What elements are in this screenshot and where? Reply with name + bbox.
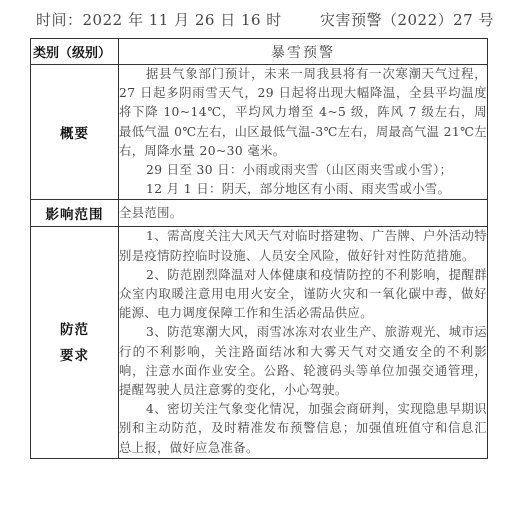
warning-table: 类别（级别） 暴雪预警 概要 据县气象部门预计，未来一周我县将有一次寒潮天气过程… <box>30 38 488 459</box>
summary-content: 据县气象部门预计，未来一周我县将有一次寒潮天气过程，27 日起多阴雨雪天气，29… <box>119 65 488 200</box>
summary-paragraph: 据县气象部门预计，未来一周我县将有一次寒潮天气过程，27 日起多阴雨雪天气，29… <box>119 65 487 161</box>
summary-paragraph: 29 日至 30 日：小雨或雨夹雪（山区雨夹雪或小雪）； <box>119 161 487 180</box>
requirements-content: 1、需高度关注大风天气对临时搭建物、广告牌、户外活动特别是疫情防控临时设施、人员… <box>119 227 488 458</box>
issue-time: 时间：2022 年 11 月 26 日 16 时 <box>36 9 282 30</box>
summary-label: 概要 <box>31 65 119 200</box>
requirement-item: 1、需高度关注大风天气对临时搭建物、广告牌、户外活动特别是疫情防控临时设施、人员… <box>119 227 487 265</box>
scope-value: 全县范围。 <box>119 200 488 227</box>
requirement-item: 4、密切关注气象变化情况，加强会商研判，实现隐患早期识别和主动防范，及时精准发布… <box>119 400 487 458</box>
requirement-item: 3、防范寒潮大风，雨雪冰冻对农业生产、旅游观光、城市运行的不利影响，关注路面结冰… <box>119 323 487 400</box>
row-summary: 概要 据县气象部门预计，未来一周我县将有一次寒潮天气过程，27 日起多阴雨雪天气… <box>31 65 488 200</box>
row-requirements: 防范 要求 1、需高度关注大风天气对临时搭建物、广告牌、户外活动特别是疫情防控临… <box>31 227 488 458</box>
requirement-item: 2、防范剧烈降温对人体健康和疫情防控的不利影响，提醒群众室内取暖注意用电用火安全… <box>119 266 487 324</box>
row-category: 类别（级别） 暴雪预警 <box>31 39 488 65</box>
summary-paragraph: 12 月 1 日：阴天，部分地区有小雨、雨夹雪或小雪。 <box>119 180 487 199</box>
scope-label: 影响范围 <box>31 200 119 227</box>
category-value: 暴雪预警 <box>119 39 488 65</box>
requirements-label: 防范 要求 <box>31 227 119 458</box>
row-scope: 影响范围 全县范围。 <box>31 200 488 227</box>
requirements-label-line1: 防范 <box>31 317 118 343</box>
document-number: 灾害预警（2022）27 号 <box>320 9 494 30</box>
category-label: 类别（级别） <box>31 39 119 65</box>
requirements-label-line2: 要求 <box>31 343 118 369</box>
document-header: 时间：2022 年 11 月 26 日 16 时 灾害预警（2022）27 号 <box>36 9 494 31</box>
